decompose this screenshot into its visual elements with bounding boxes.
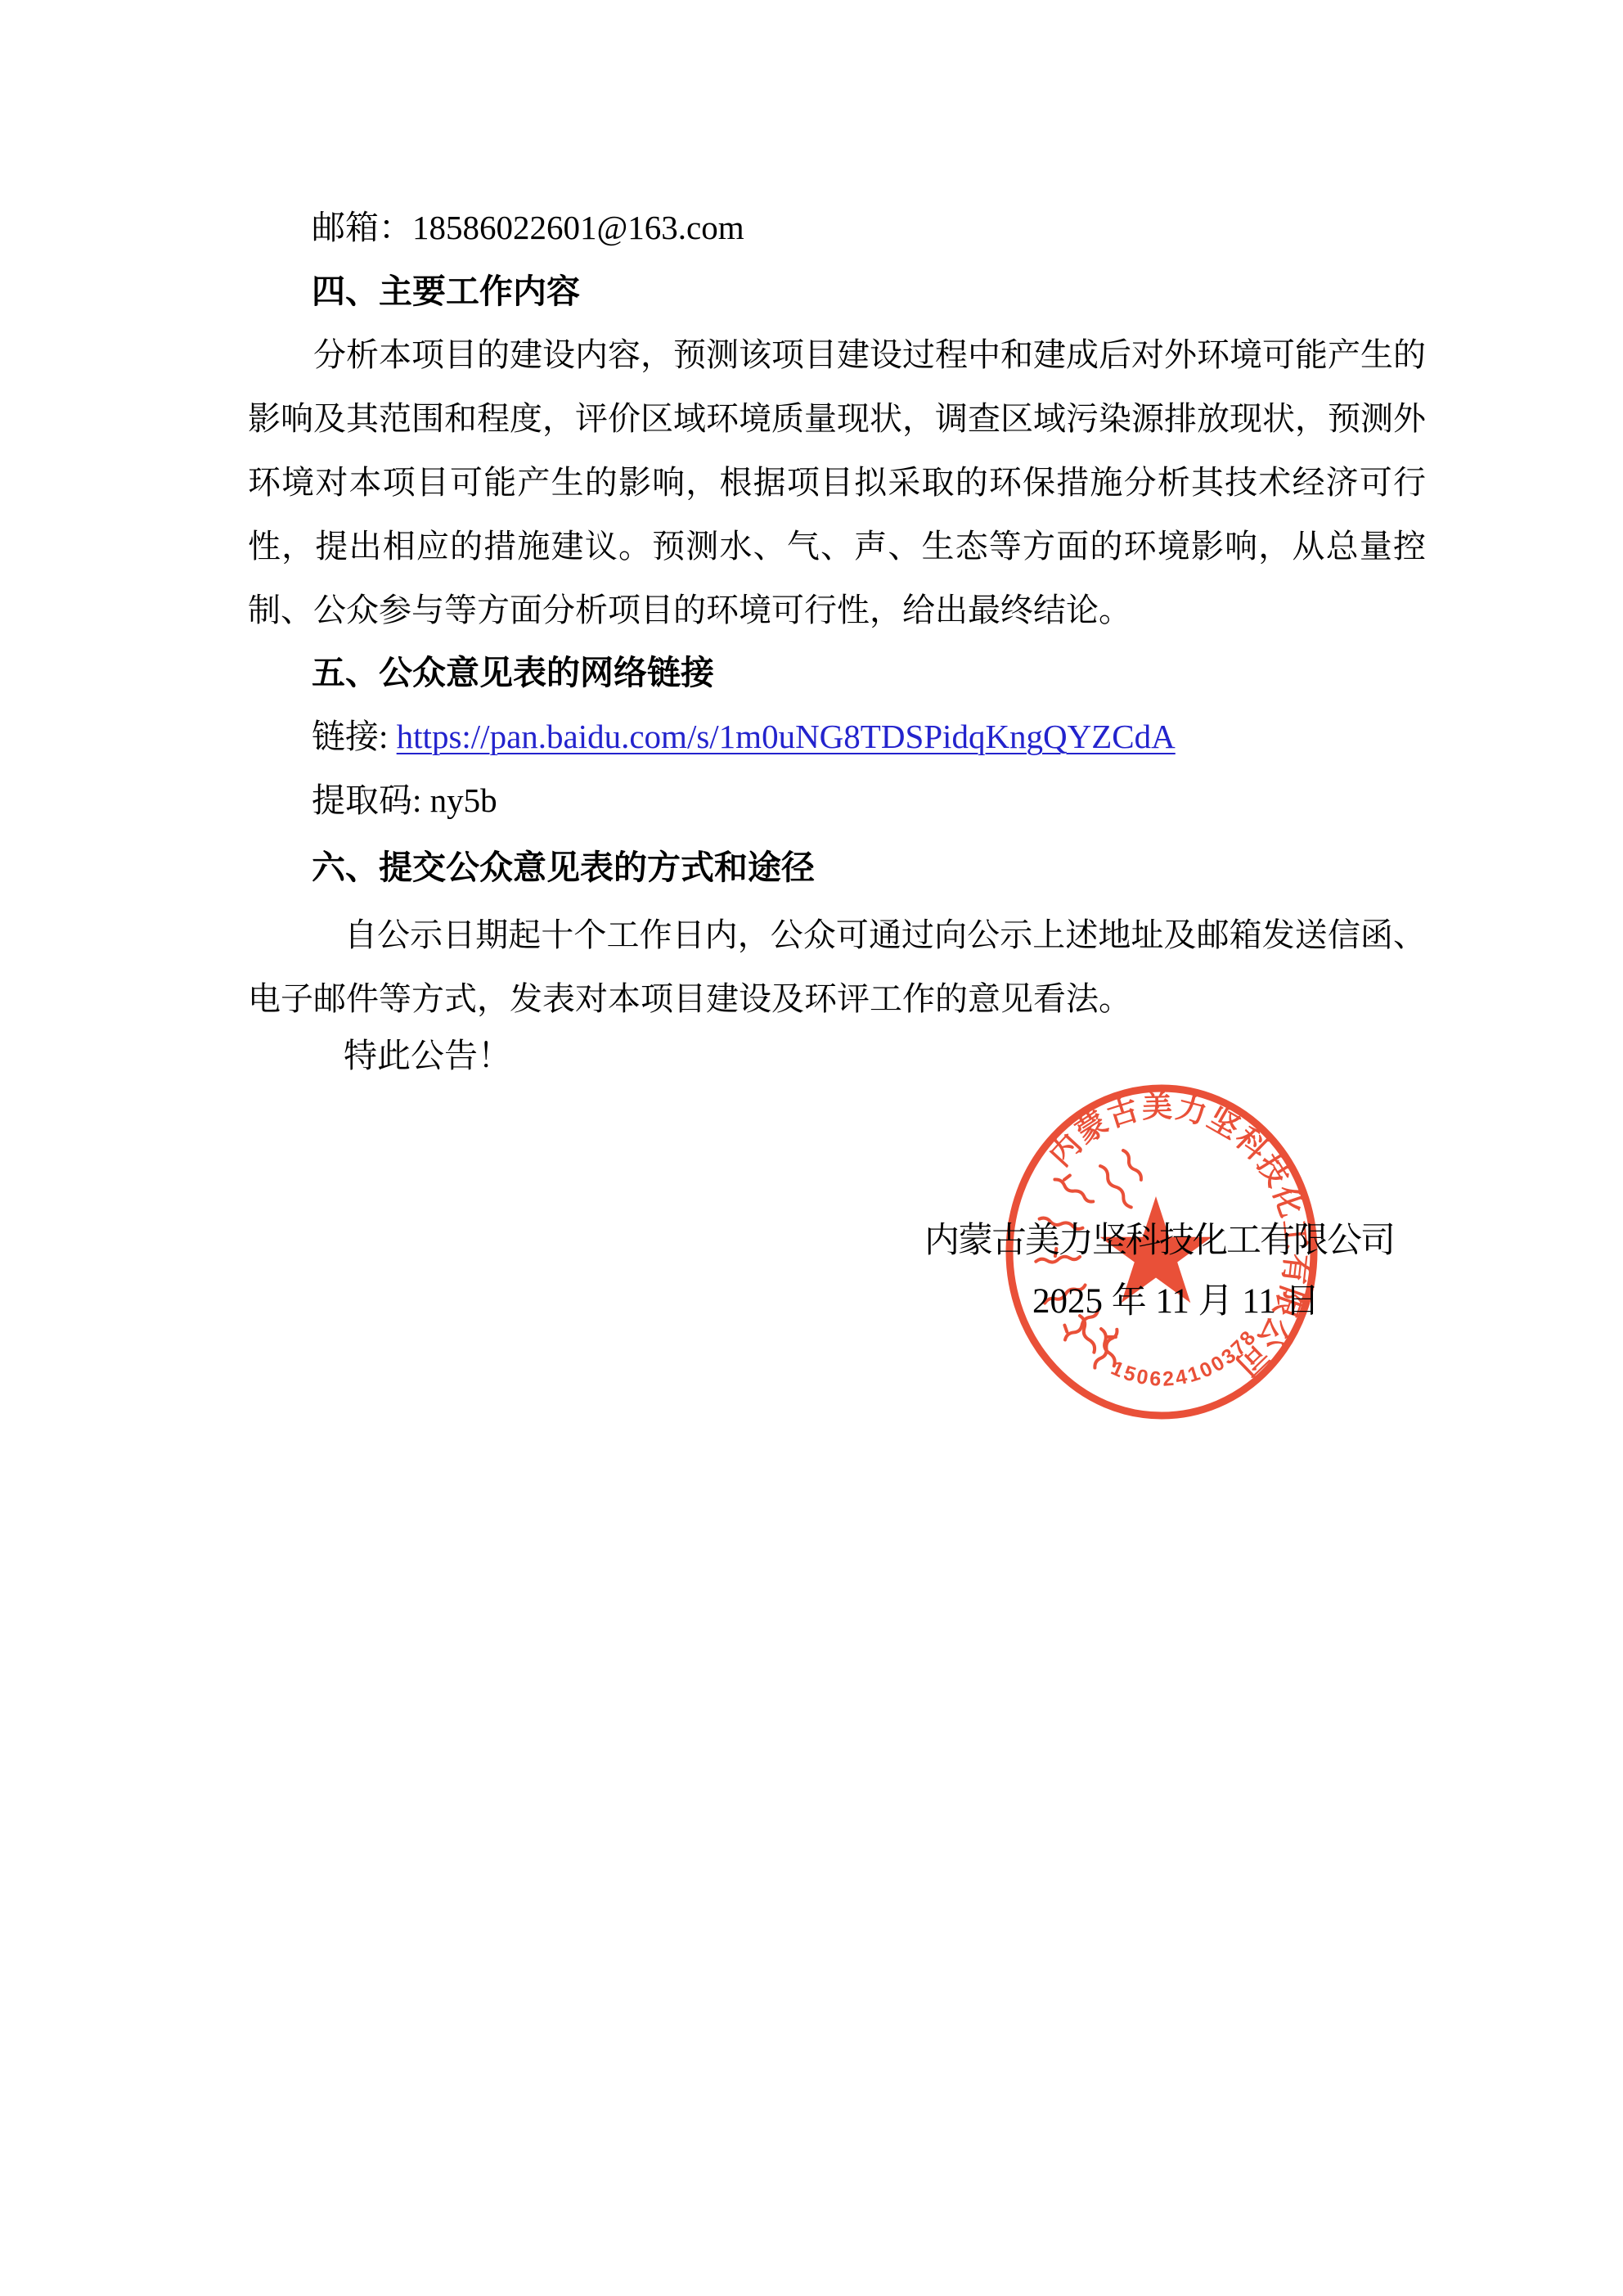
extraction-code-line: 提取码: ny5b	[312, 781, 497, 820]
contact-email-line: 邮箱：18586022601@163.com	[312, 208, 744, 247]
signature-date: 2025 年 11 月 11 日	[1032, 1281, 1320, 1322]
section4-heading: 四、主要工作内容	[312, 272, 580, 311]
section5-heading: 五、公众意见表的网络链接	[312, 653, 714, 692]
closing-line: 特此公告！	[344, 1036, 511, 1075]
survey-link[interactable]: https://pan.baidu.com/s/1m0uNG8TDSPidqKn…	[397, 718, 1176, 755]
section4-paragraph: 分析本项目的建设内容，预测该项目建设过程中和建成后对外环境可能产生的影响及其范围…	[248, 323, 1426, 642]
section6-heading: 六、提交公众意见表的方式和途径	[312, 848, 815, 887]
link-label: 链接:	[312, 718, 397, 755]
notice-document-page: 邮箱：18586022601@163.com 四、主要工作内容 分析本项目的建设…	[0, 0, 1623, 2296]
company-name: 内蒙古美力坚科技化工有限公司	[924, 1221, 1394, 1262]
section6-paragraph: 自公示日期起十个工作日内，公众可通过向公示上述地址及邮箱发送信函、电子邮件等方式…	[248, 903, 1426, 1031]
survey-link-line: 链接: https://pan.baidu.com/s/1m0uNG8TDSPi…	[312, 717, 1176, 756]
